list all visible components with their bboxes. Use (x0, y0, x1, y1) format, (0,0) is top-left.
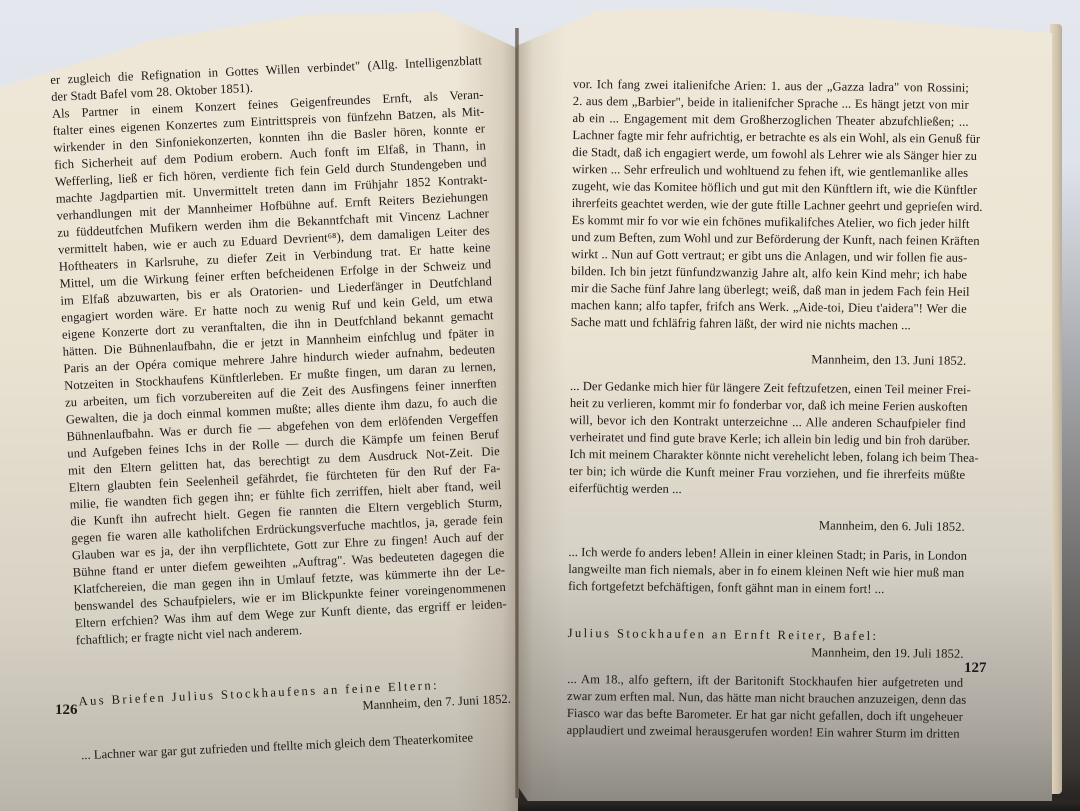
right-page-text: vor. Ich fang zwei italienifche Arien: 1… (567, 76, 969, 743)
letter-body: ... Der Gedanke mich hier für längere Ze… (569, 378, 966, 501)
letter-body: ... Am 18., alfo geftern, ift der Barito… (567, 671, 964, 743)
text-line: Sache matt und fchläfrig fahren läßt, de… (571, 314, 967, 335)
letter-continuation: vor. Ich fang zwei italienifche Arien: 1… (571, 76, 969, 335)
left-page-text: er zugleich die Refignation in Gottes Wi… (50, 52, 513, 764)
book-gutter (515, 28, 519, 798)
letter-body: ... Ich werde fo anders leben! Allein in… (568, 544, 964, 599)
paragraph-biography: er zugleich die Refignation in Gottes Wi… (50, 52, 508, 649)
page-number-left: 126 (55, 702, 78, 719)
page-number-right: 127 (964, 660, 987, 677)
